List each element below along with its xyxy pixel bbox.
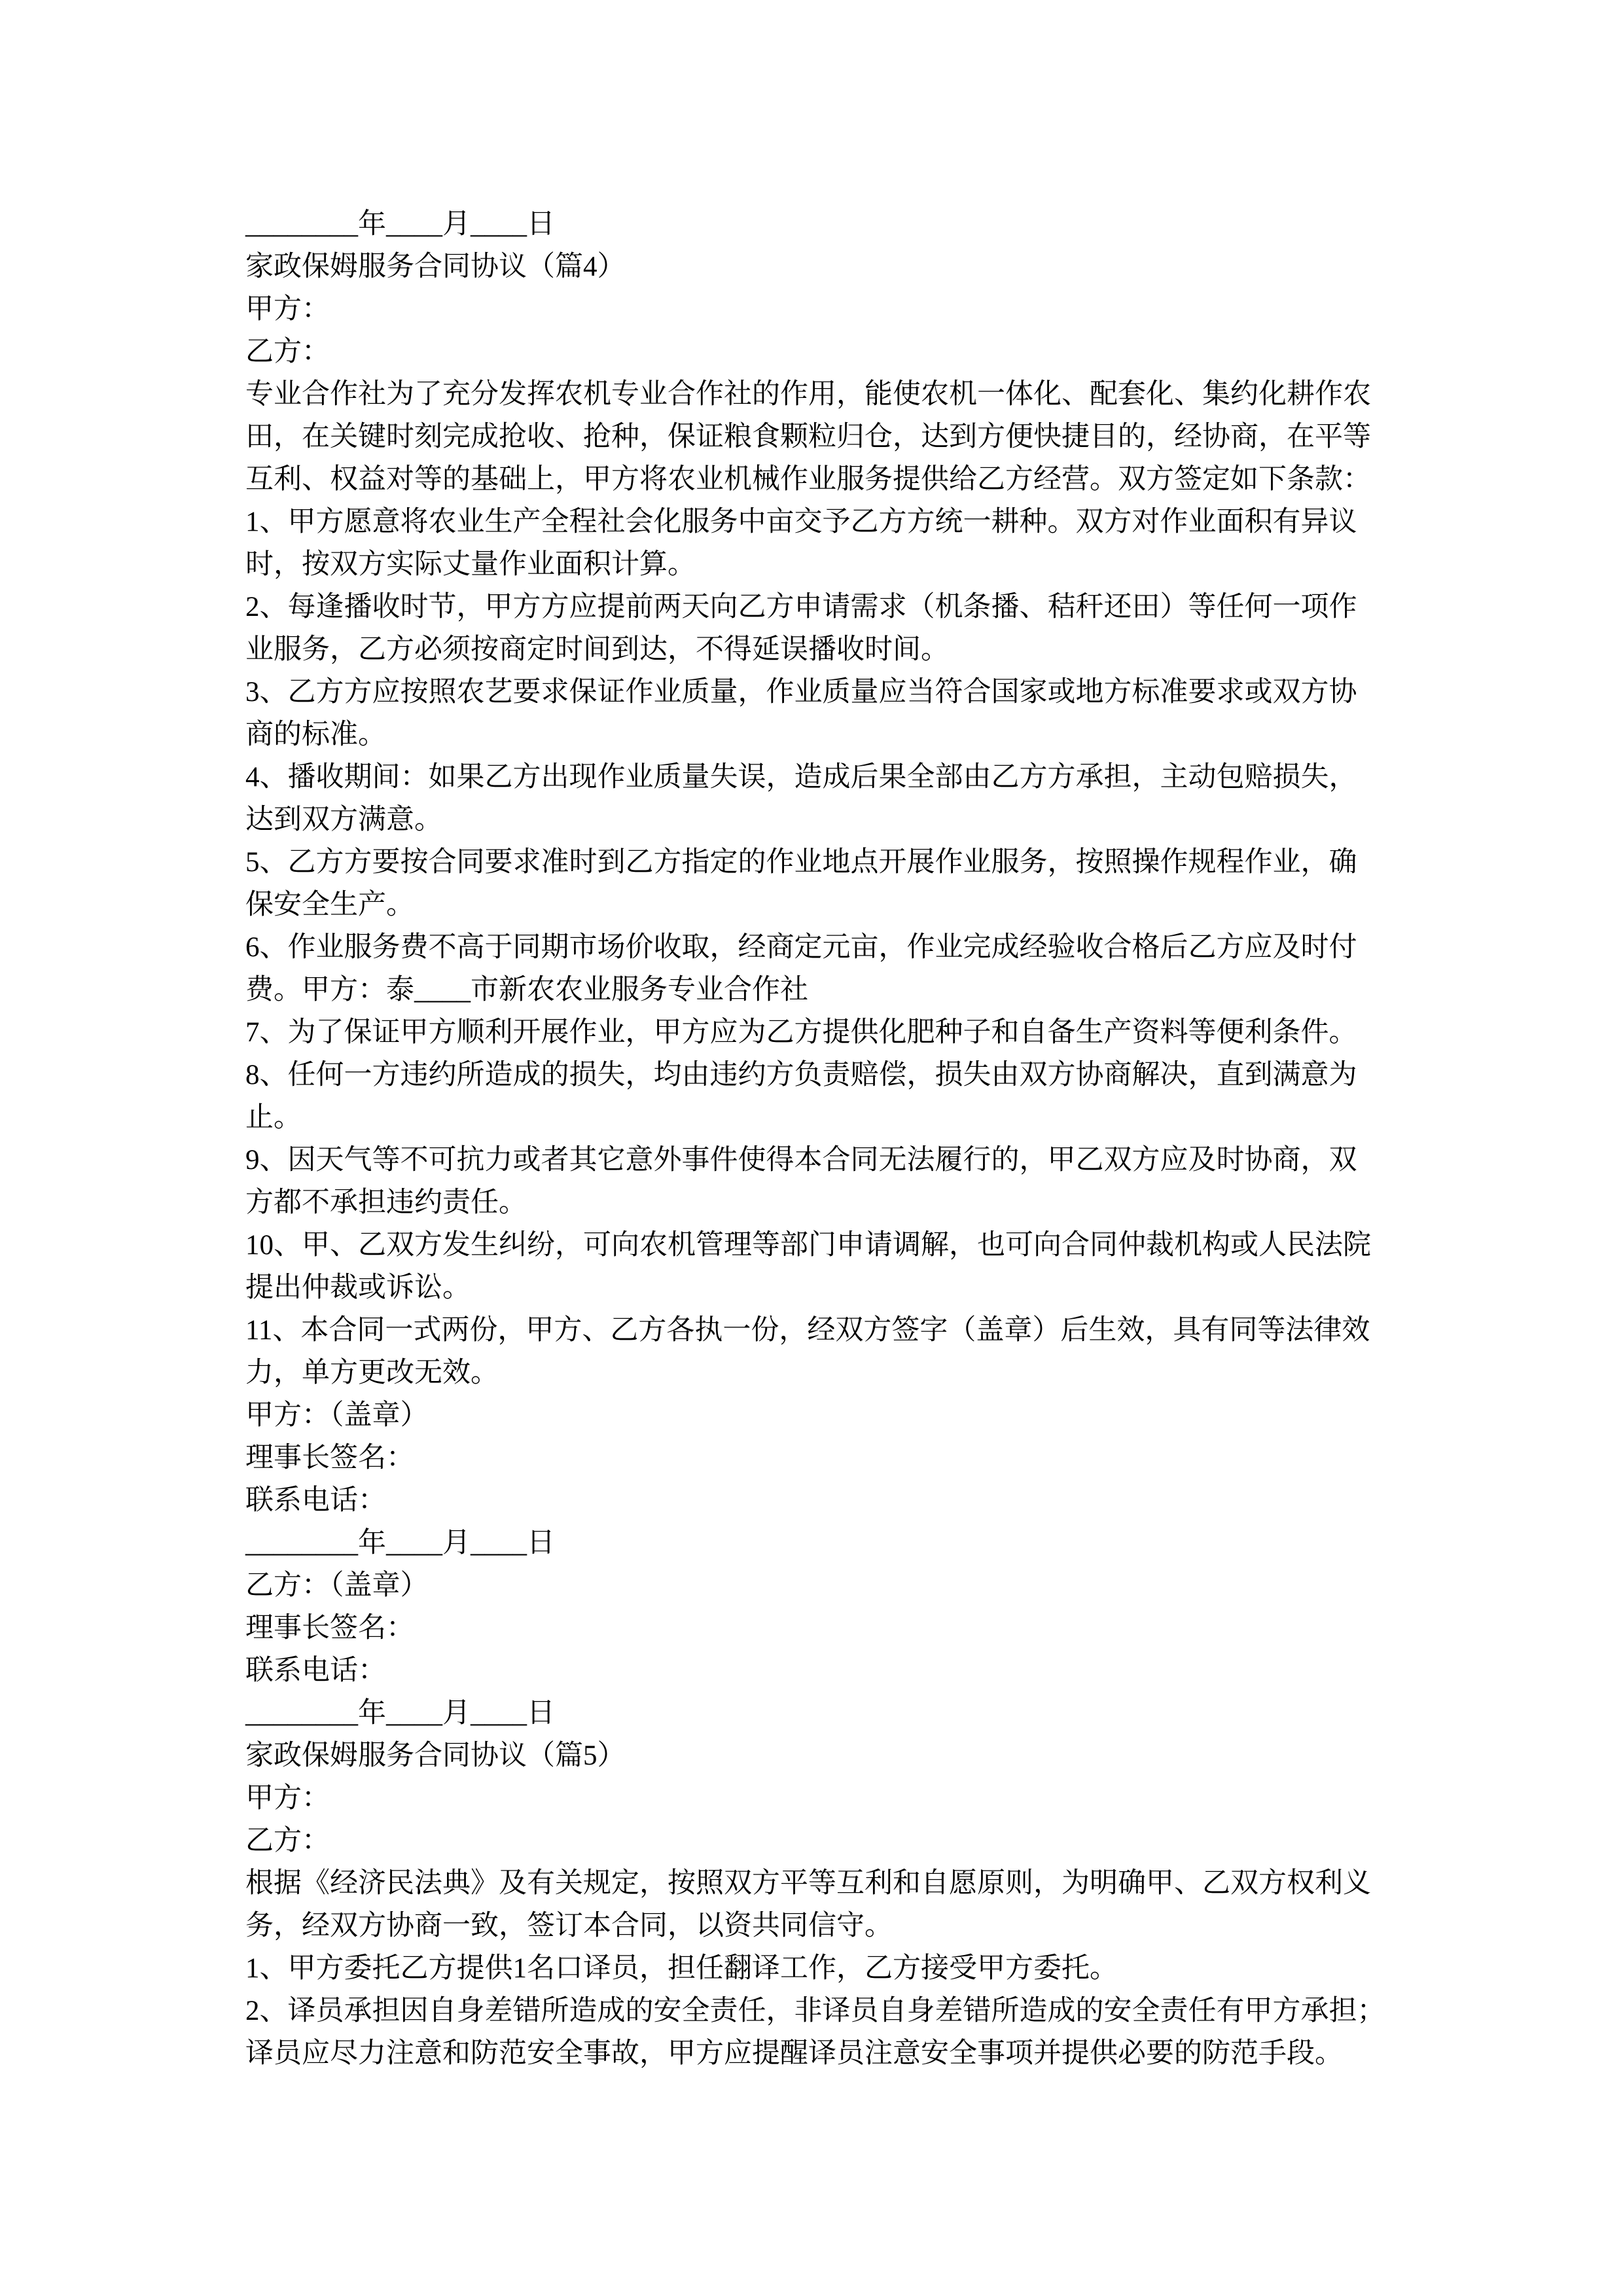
contact-phone-label: 联系电话： [245,1479,1397,1522]
contract-text-block: ________年____月____日 家政保姆服务合同协议（篇4） 甲方： 乙… [245,203,1397,2075]
date-blank-line: ________年____月____日 [245,1692,1397,1734]
clause-5-1-line: 1、甲方委托乙方提供1名口译员，担任翻译工作，乙方接受甲方委托。 [245,1947,1397,1990]
preamble-line-2: 田，在关键时刻完成抢收、抢种，保证粮食颗粒归仓，达到方便快捷目的，经协商，在平等 [245,416,1397,458]
clause-11-line-1: 11、本合同一式两份，甲方、乙方各执一份，经双方签字（盖章）后生效，具有同等法律… [245,1309,1397,1352]
clause-10-line-1: 10、甲、乙双方发生纠纷，可向农机管理等部门申请调解，也可向合同仲裁机构或人民法… [245,1224,1397,1266]
date-blank-line: ________年____月____日 [245,203,1397,245]
clause-4-line-2: 达到双方满意。 [245,798,1397,841]
date-blank-line: ________年____月____日 [245,1522,1397,1564]
clause-2-line-2: 业服务，乙方必须按商定时间到达，不得延误播收时间。 [245,628,1397,671]
preamble-5-line-2: 务，经双方协商一致，签订本合同，以资共同信守。 [245,1905,1397,1947]
section-5-title: 家政保姆服务合同协议（篇5） [245,1734,1397,1777]
section-4-title: 家政保姆服务合同协议（篇4） [245,245,1397,288]
clause-1-line-2: 时，按双方实际丈量作业面积计算。 [245,543,1397,586]
clause-2-line-1: 2、每逢播收时节，甲方方应提前两天向乙方申请需求（机条播、秸秆还田）等任何一项作 [245,586,1397,628]
chairman-signature-label: 理事长签名： [245,1437,1397,1479]
clause-5-2-line-1: 2、译员承担因自身差错所造成的安全责任，非译员自身差错所造成的安全责任有甲方承担… [245,1990,1397,2032]
clause-5-line-1: 5、乙方方要按合同要求准时到乙方指定的作业地点开展作业服务，按照操作规程作业，确 [245,841,1397,884]
clause-8-line-1: 8、任何一方违约所造成的损失，均由违约方负责赔偿，损失由双方协商解决，直到满意为 [245,1054,1397,1096]
party-a-label: 甲方： [245,1777,1397,1820]
contact-phone-label: 联系电话： [245,1649,1397,1692]
clause-10-line-2: 提出仲裁或诉讼。 [245,1266,1397,1309]
clause-6-line-1: 6、作业服务费不高于同期市场价收取，经商定元亩，作业完成经验收合格后乙方应及时付 [245,926,1397,969]
clause-6-line-2: 费。甲方：泰____市新农农业服务专业合作社 [245,969,1397,1011]
preamble-5-line-1: 根据《经济民法典》及有关规定，按照双方平等互利和自愿原则，为明确甲、乙双方权利义 [245,1862,1397,1905]
clause-9-line-2: 方都不承担违约责任。 [245,1181,1397,1224]
party-b-seal-line: 乙方：（盖章） [245,1564,1397,1607]
clause-1-line-1: 1、甲方愿意将农业生产全程社会化服务中亩交予乙方方统一耕种。双方对作业面积有异议 [245,501,1397,543]
preamble-line-3: 互利、权益对等的基础上，甲方将农业机械作业服务提供给乙方经营。双方签定如下条款： [245,458,1397,501]
party-b-label: 乙方： [245,331,1397,373]
party-b-label: 乙方： [245,1820,1397,1862]
clause-3-line-2: 商的标准。 [245,713,1397,756]
clause-7-line: 7、为了保证甲方顺利开展作业，甲方应为乙方提供化肥种子和自备生产资料等便利条件。 [245,1011,1397,1054]
chairman-signature-label: 理事长签名： [245,1607,1397,1649]
clause-5-line-2: 保安全生产。 [245,884,1397,926]
contract-document-page: ________年____月____日 家政保姆服务合同协议（篇4） 甲方： 乙… [0,0,1623,2296]
clause-11-line-2: 力，单方更改无效。 [245,1352,1397,1394]
clause-8-line-2: 止。 [245,1096,1397,1139]
party-a-seal-line: 甲方：（盖章） [245,1394,1397,1437]
clause-3-line-1: 3、乙方方应按照农艺要求保证作业质量，作业质量应当符合国家或地方标准要求或双方协 [245,671,1397,713]
party-a-label: 甲方： [245,288,1397,331]
clause-9-line-1: 9、因天气等不可抗力或者其它意外事件使得本合同无法履行的，甲乙双方应及时协商，双 [245,1139,1397,1181]
clause-4-line-1: 4、播收期间：如果乙方出现作业质量失误，造成后果全部由乙方方承担，主动包赔损失， [245,756,1397,798]
preamble-line-1: 专业合作社为了充分发挥农机专业合作社的作用，能使农机一体化、配套化、集约化耕作农 [245,373,1397,416]
clause-5-2-line-2: 译员应尽力注意和防范安全事故，甲方应提醒译员注意安全事项并提供必要的防范手段。 [245,2032,1397,2075]
